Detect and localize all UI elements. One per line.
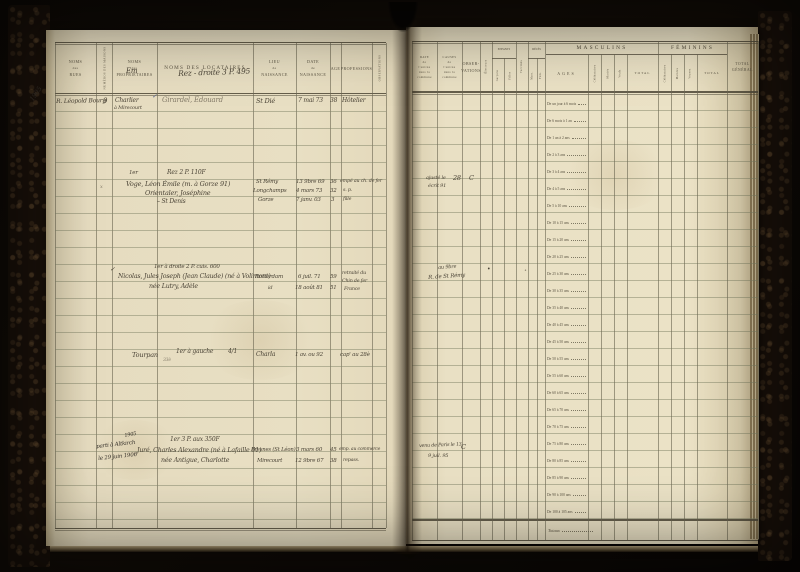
table-rule-horizontal: [55, 530, 386, 531]
column-header-masc-status-2-label: Veufs: [619, 69, 622, 77]
age-bracket-label: De un jour à 6 mois: [547, 102, 576, 106]
column-header-owners-line: NOMS: [128, 59, 141, 64]
age-bracket-label: De 45 à 50 ans: [547, 340, 569, 344]
table-rule-vertical: [627, 54, 628, 540]
column-header-birthdate: DATEdeNAISSANCE: [296, 43, 330, 93]
table-rule-vertical: [614, 54, 615, 540]
handwriting-note: s. p.: [343, 188, 352, 193]
handwriting-note: 1 av. ou 92: [295, 352, 323, 358]
handwriting-note: Tourpan: [132, 351, 158, 359]
table-rule-vertical: [537, 58, 538, 540]
table-rule-vertical: [437, 41, 438, 540]
handwriting-note: C: [469, 174, 474, 182]
table-rule-vertical: [504, 58, 505, 540]
handwriting-note: 38: [330, 458, 337, 464]
dotted-leader: [571, 342, 586, 343]
table-rule-vertical: [588, 54, 589, 540]
age-bracket-label: De 90 à 100 ans: [547, 493, 571, 497]
dotted-leader: [571, 427, 586, 428]
dotted-leader: [571, 410, 586, 411]
handwriting-note: Voge, Léon Émile (m. à Gorze 91): [126, 180, 230, 188]
column-header-enfants-sub1-label: Filles: [508, 71, 511, 79]
handwriting-note: Nicolas, Jules Joseph (Jean Claude) (né …: [118, 273, 271, 280]
dotted-leader: [573, 495, 586, 496]
age-bracket-row: De 45 à 50 ans: [547, 335, 587, 344]
handwriting-note: Rez 2 P. 110F: [167, 169, 206, 176]
age-bracket-row: De 90 à 100 ans: [547, 488, 587, 497]
age-bracket-label: De 85 à 90 ans: [547, 476, 569, 480]
column-header-birthdate-line: DATE: [307, 59, 319, 64]
handwriting-note: 32: [330, 188, 337, 194]
table-rule-vertical: [697, 54, 698, 540]
handwriting-note: Charlier: [115, 97, 139, 104]
handwriting-note: Longchamps: [253, 188, 287, 194]
column-header-professions-line: PROFESSIONS: [341, 66, 372, 71]
dotted-leader: [571, 240, 586, 241]
table-rule-vertical: [492, 41, 493, 540]
age-bracket-label: De 4 à 5 ans: [547, 187, 565, 191]
column-header-electeurs-label: Électeurs: [485, 59, 488, 73]
totals-label: Totaux: [548, 528, 560, 533]
handwriting-note: née Lutry, Adèle: [149, 283, 198, 290]
age-bracket-row: De 80 à 85 ans: [547, 454, 587, 463]
column-header-birthdate-line: de: [311, 66, 315, 70]
age-bracket-row: De 15 à 20 ans: [547, 233, 587, 242]
handwriting-note: 36: [330, 179, 337, 185]
column-header-enfants-sub0: Garçons: [492, 58, 504, 92]
handwriting-note: Em: [126, 67, 137, 75]
column-header-entry-cause-line: dans la: [444, 70, 455, 74]
table-rule-vertical: [671, 54, 672, 540]
handwriting-note: 4 mars 73: [296, 188, 322, 194]
age-bracket-row: De 5 à 10 ans: [547, 199, 587, 208]
column-header-observations-label: OBSERVATIONS: [377, 55, 381, 82]
column-header-fem-status-2: Veuves: [684, 54, 697, 92]
table-rule-horizontal: [55, 528, 386, 529]
column-header-entry-cause: CAUSESdel'entréedans lacommune: [437, 41, 462, 92]
age-bracket-label: De 10 à 15 ans: [547, 221, 569, 225]
handwriting-note: 45: [330, 447, 337, 453]
column-header-masc-status-0: Célibataires: [588, 54, 601, 92]
handwriting-note: 1er: [129, 170, 138, 176]
handwriting-note: à Mirecourt: [114, 105, 142, 111]
table-rule-vertical: [727, 41, 728, 540]
age-bracket-row: De 70 à 75 ans: [547, 420, 587, 429]
age-bracket-row: De 40 à 45 ans: [547, 318, 587, 327]
dotted-leader: [569, 206, 586, 207]
table-rule-vertical: [412, 41, 413, 540]
age-bracket-label: De 50 à 55 ans: [547, 357, 569, 361]
table-rule-vertical: [528, 41, 529, 540]
handwriting-note: Rotterdam: [255, 274, 283, 280]
dotted-leader: [567, 155, 586, 156]
column-header-observations-line: VATIONS: [461, 68, 481, 73]
total-general-line2: GÉNÉRAL: [732, 68, 753, 72]
column-header-fem-status-0: Célibataires: [658, 54, 671, 92]
dotted-leader: [571, 223, 586, 224]
page-edges-bottom: [50, 546, 758, 552]
handwriting-note: 1er 3 P. aux 350F: [170, 436, 219, 443]
column-header-masc-status-1-label: Mariés: [606, 68, 609, 78]
handwriting-note: Chin de fer: [342, 279, 367, 284]
column-header-masc-status-2: Veufs: [614, 54, 627, 92]
column-header-birthplace-line: LIEU: [269, 59, 280, 64]
column-header-enfants-sub1: Filles: [504, 58, 516, 92]
handwriting-note: Charla: [256, 351, 275, 358]
age-bracket-label: De 70 à 75 ans: [547, 425, 569, 429]
total-general-line1: TOTAL: [735, 62, 749, 66]
handwriting-note: St Dié: [256, 97, 275, 105]
group-header-enfants: ENFANTS: [492, 41, 516, 59]
handwriting-note: •: [524, 268, 527, 274]
column-header-entry-date-line: commune: [417, 75, 432, 79]
column-header-observations: OBSERVATIONS: [372, 43, 386, 93]
handwriting-note: retraité du: [342, 271, 366, 276]
age-bracket-label: De 30 à 35 ans: [547, 289, 569, 293]
age-bracket-label: De 75 à 80 ans: [547, 442, 569, 446]
column-header-house-numbers: NUMÉROS DES MAISONS: [96, 43, 112, 93]
age-bracket-row: De 2 à 3 ans: [547, 148, 587, 157]
column-header-masc-status-1: Mariés: [601, 54, 614, 92]
handwriting-note: St Rémy: [256, 179, 278, 185]
age-bracket-row: De 55 à 60 ans: [547, 369, 587, 378]
age-bracket-row: De 25 à 30 ans: [547, 267, 587, 276]
column-header-entry-cause-line: commune: [442, 75, 457, 79]
age-bracket-label: De 40 à 45 ans: [547, 323, 569, 327]
age-bracket-row: De 75 à 80 ans: [547, 437, 587, 446]
column-header-streets-line: des: [73, 66, 79, 70]
dotted-leader: [567, 172, 586, 173]
handwriting-note: emp. au commerce: [339, 447, 380, 452]
table-rule-horizontal: [412, 519, 758, 521]
handwriting-note: x: [100, 184, 103, 190]
handwriting-note: 18 août 81: [295, 285, 323, 291]
handwriting-note: 7 mai 73: [298, 97, 323, 104]
table-rule-horizontal: [412, 540, 758, 541]
age-bracket-label: De 100 à 105 ans: [547, 510, 573, 514]
column-header-birthplace-line: NAISSANCE: [261, 72, 288, 77]
column-header-fem-status-1-label: Mariées: [676, 67, 679, 78]
column-header-electeurs: Électeurs: [480, 41, 492, 92]
handwriting-note: Rez - droite 3 P. 495: [178, 66, 250, 78]
age-bracket-label: De 60 à 65 ans: [547, 391, 569, 395]
handwriting-note: Hôtelier: [342, 97, 365, 104]
column-header-deces-sub1: Fém.: [537, 58, 546, 92]
column-header-enfants-sub0-label: Garçons: [496, 69, 499, 80]
age-bracket-row: De 1 an à 2 ans: [547, 131, 587, 140]
age-bracket-row: De 20 à 25 ans: [547, 250, 587, 259]
dotted-leader: [578, 104, 586, 105]
age-bracket-label: De 55 à 60 ans: [547, 374, 569, 378]
handwriting-note: empé au ch. de fer: [340, 179, 382, 184]
table-rule-vertical: [545, 41, 546, 540]
handwriting-note: fille: [343, 197, 351, 202]
column-header-fem-status-1: Mariées: [671, 54, 684, 92]
handwriting-note: 38: [330, 97, 337, 104]
column-header-entry-date: DATEdel'entréedans lacommune: [412, 41, 437, 92]
table-rule-vertical: [601, 54, 602, 540]
masculins-total-header: TOTAL: [627, 54, 658, 92]
age-bracket-row: De 30 à 35 ans: [547, 284, 587, 293]
column-header-entry-cause-line: de: [448, 60, 452, 64]
column-header-masc-status-0-label: Célibataires: [593, 64, 596, 82]
age-bracket-row: De 65 à 70 ans: [547, 403, 587, 412]
age-bracket-row: De 10 à 15 ans: [547, 216, 587, 225]
handwriting-note: ajusté le: [426, 175, 446, 181]
handwriting-note: Mirecourt: [257, 458, 282, 464]
handwriting-note: 12 9bre 67: [295, 458, 323, 464]
column-header-observations-line: OBSER-: [463, 61, 480, 66]
column-header-entry-date-line: dans la: [419, 70, 430, 74]
column-header-vaccines: Vaccinés: [516, 41, 528, 92]
handwriting-note: écrit 91: [428, 183, 446, 189]
age-bracket-row: De 4 à 5 ans: [547, 182, 587, 191]
handwriting-note: 3: [331, 197, 334, 203]
handwriting-note: ✓: [110, 266, 115, 273]
column-header-fem-status-0-label: Célibataires: [663, 64, 666, 82]
column-header-house-numbers-label: NUMÉROS DES MAISONS: [102, 47, 106, 90]
handwriting-note: 7 janv. 03: [296, 197, 321, 203]
dotted-leader: [571, 274, 586, 275]
column-header-deces-sub0: Masc.: [528, 58, 537, 92]
table-rule-vertical: [462, 41, 463, 540]
age-bracket-label: De 25 à 30 ans: [547, 272, 569, 276]
age-bracket-label: De 5 à 10 ans: [547, 204, 567, 208]
handwriting-note: R. Léopold Bourg: [56, 97, 106, 105]
dotted-leader: [571, 393, 586, 394]
column-header-observations: OBSER-VATIONS: [462, 41, 480, 92]
dotted-leader: [571, 291, 586, 292]
age-bracket-row: De 100 à 105 ans: [547, 505, 587, 514]
column-header-birthdate-line: NAISSANCE: [300, 72, 327, 77]
age-bracket-label: De 15 à 20 ans: [547, 238, 569, 242]
dotted-leader: [571, 478, 586, 479]
handwriting-note: cap' au 28è: [340, 352, 370, 358]
handwriting-note: 1er à gauche: [176, 348, 213, 355]
handwriting-note: Girardel, Édouard: [162, 96, 223, 104]
column-header-age-line: AGE: [331, 66, 341, 71]
column-header-entry-cause-line: l'entrée: [444, 65, 456, 69]
dotted-leader: [571, 376, 586, 377]
dotted-leader: [575, 512, 586, 513]
column-header-deces-sub1-label: Fém.: [539, 72, 542, 79]
book-binding-right: [758, 11, 792, 561]
handwriting-note: au 9bre: [438, 264, 456, 271]
column-header-age: AGE: [330, 43, 341, 93]
dotted-leader: [571, 325, 586, 326]
handwriting-note: 6 juil. 71: [298, 274, 321, 280]
handwriting-note: Juré, Charles Alexandre (né à Lafaille 9…: [137, 447, 261, 454]
dotted-leader: [574, 121, 586, 122]
age-bracket-label: De 1 an à 2 ans: [547, 136, 570, 140]
dotted-leader: [571, 308, 586, 309]
handwriting-note: 33è: [163, 358, 171, 363]
age-bracket-label: De 6 mois à 1 an: [547, 119, 572, 123]
handwriting-note: Fresnes (St Léon): [251, 447, 295, 453]
group-header-deces: DÉCÈS: [528, 41, 545, 59]
age-bracket-row: De 3 à 4 ans: [547, 165, 587, 174]
spine-notch: [388, 2, 418, 32]
age-bracket-label: De 35 à 40 ans: [547, 306, 569, 310]
column-header-streets: NOMSdesRUES: [55, 43, 96, 93]
census-register-photo: MASCULINS FÉMININS TOTAL GÉNÉRAL AGES TO…: [0, 0, 800, 572]
age-bracket-row: De 85 à 90 ans: [547, 471, 587, 480]
column-header-entry-date-line: l'entrée: [419, 65, 431, 69]
column-header-streets-line: RUES: [69, 72, 81, 77]
column-header-birthplace-line: de: [272, 66, 276, 70]
age-bracket-label: De 2 à 3 ans: [547, 153, 565, 157]
column-header-entry-date-line: DATE: [420, 55, 429, 59]
handwriting-note: •: [487, 266, 490, 273]
ages-column-header: AGES: [545, 54, 588, 92]
handwriting-note: 1er à droite 2 P. cuis. 600: [154, 264, 220, 270]
column-header-birthplace: LIEUdeNAISSANCE: [253, 43, 296, 93]
table-rule-vertical: [516, 41, 517, 540]
handwriting-note: France: [344, 287, 360, 292]
table-rule-vertical: [386, 43, 387, 528]
handwriting-note: 9 juil. 95: [428, 453, 448, 459]
age-bracket-label: De 80 à 85 ans: [547, 459, 569, 463]
age-bracket-row: De 50 à 55 ans: [547, 352, 587, 361]
column-header-entry-date-line: de: [423, 60, 427, 64]
column-header-entry-cause-line: CAUSES: [443, 55, 457, 59]
dotted-leader: [571, 359, 586, 360]
dotted-leader: [571, 257, 586, 258]
column-header-vaccines-label: Vaccinés: [521, 60, 524, 73]
age-bracket-label: De 20 à 25 ans: [547, 255, 569, 259]
age-bracket-row: De 35 à 40 ans: [547, 301, 587, 310]
age-bracket-row: De un jour à 6 mois: [547, 97, 587, 106]
dotted-leader: [572, 138, 586, 139]
handwriting-note: 13 9bre 69: [296, 179, 324, 185]
age-bracket-label: De 3 à 4 ans: [547, 170, 565, 174]
dotted-leader: [571, 461, 586, 462]
feminins-total-header: TOTAL: [697, 54, 727, 92]
handwriting-note: 28: [453, 174, 461, 182]
column-header-deces-sub0-label: Masc.: [531, 71, 534, 79]
column-header-professions: PROFESSIONS: [341, 43, 372, 93]
handwriting-note: repass.: [343, 458, 359, 463]
handwriting-note: née Antigue, Charlotte: [161, 457, 229, 464]
handwriting-note: id: [268, 285, 272, 291]
handwriting-note: 59: [330, 274, 337, 280]
handwriting-note: ✓: [152, 93, 157, 100]
handwriting-note: Orientaler, Joséphine: [145, 189, 210, 197]
column-header-streets-line: NOMS: [69, 59, 82, 64]
table-rule-vertical: [758, 41, 759, 540]
total-general-header: TOTAL GÉNÉRAL: [727, 41, 758, 92]
table-rule-vertical: [480, 41, 481, 540]
handwriting-note: 3 mars 60: [296, 447, 322, 453]
age-bracket-row: De 60 à 65 ans: [547, 386, 587, 395]
handwriting-note: C: [461, 443, 466, 451]
age-bracket-label: De 65 à 70 ans: [547, 408, 569, 412]
handwriting-note: – St Denis: [157, 198, 186, 205]
age-bracket-row: De 6 mois à 1 an: [547, 114, 587, 123]
handwriting-note: 4/1: [228, 348, 237, 355]
handwriting-note: 51: [330, 285, 337, 291]
table-rule-vertical: [658, 41, 659, 540]
handwriting-note: Gorze: [258, 197, 274, 203]
column-header-fem-status-2-label: Veuves: [689, 68, 692, 78]
dotted-leader: [571, 444, 586, 445]
dotted-leader: [567, 189, 586, 190]
handwriting-note: 9: [103, 97, 107, 105]
table-rule-vertical: [684, 54, 685, 540]
